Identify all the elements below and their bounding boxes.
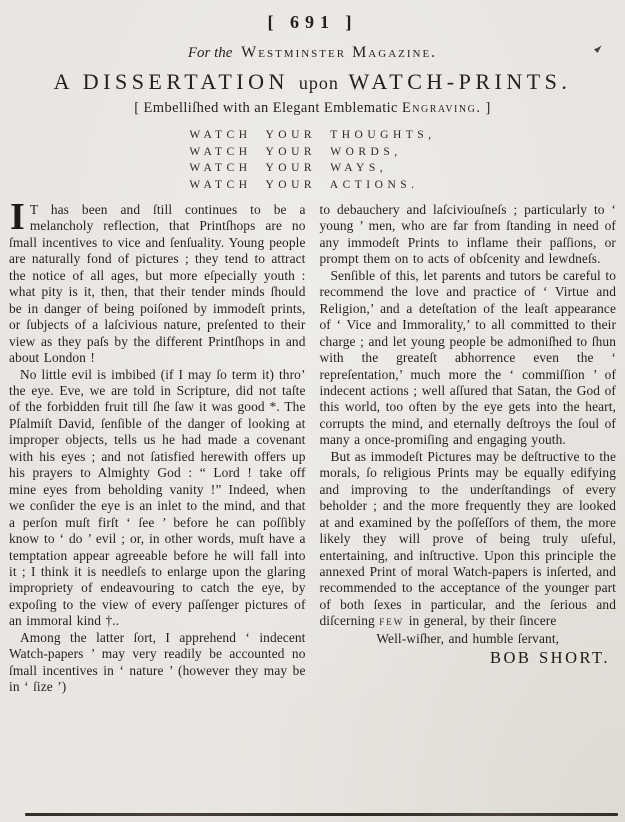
subtitle-engraving: Engraving. bbox=[402, 100, 482, 116]
closing-line: Well-wiſher, and humble ſervant, bbox=[320, 631, 617, 647]
paragraph-1: IT has been and ſtill continues to be a … bbox=[9, 202, 306, 367]
paragraph-6-text: But as immodeſt Pictures may be deſtruct… bbox=[320, 449, 617, 629]
article-title: A DISSERTATION upon WATCH-PRINTS. bbox=[0, 69, 625, 95]
paragraph-2: No little evil is imbibed (if I may ſo t… bbox=[9, 367, 306, 630]
paragraph-3: Among the latter ſort, I apprehend ‘ ind… bbox=[9, 630, 306, 696]
epigraph-line-1: WATCH YOUR THOUGHTS, bbox=[189, 127, 435, 144]
subtitle: [ Embelliſhed with an Elegant Emblematic… bbox=[0, 100, 625, 117]
title-part3: WATCH-PRINTS. bbox=[349, 69, 572, 94]
paragraph-6-end: in general, by their ſincere bbox=[409, 613, 557, 628]
paragraph-1-text: T has been and ſtill continues to be a m… bbox=[9, 202, 306, 365]
epigraph-line-2: WATCH YOUR WORDS, bbox=[189, 144, 435, 161]
masthead-title: Westminster Magazine. bbox=[241, 44, 437, 61]
title-part1: A DISSERTATION bbox=[54, 69, 289, 94]
few-smallcaps: few bbox=[379, 613, 404, 628]
epigraph-line-3: WATCH YOUR WAYS, bbox=[189, 160, 435, 177]
left-column: IT has been and ſtill continues to be a … bbox=[9, 202, 306, 696]
title-part2: upon bbox=[299, 73, 339, 93]
subtitle-post: ] bbox=[481, 100, 490, 116]
signature-name: BOB SHORT. bbox=[320, 650, 617, 666]
masthead: For the Westminster Magazine. bbox=[0, 44, 625, 62]
epigraph: WATCH YOUR THOUGHTS, WATCH YOUR WORDS, W… bbox=[189, 127, 435, 193]
masthead-prefix: For the bbox=[188, 45, 233, 61]
footnote-rule bbox=[25, 813, 618, 816]
page-number: [ 691 ] bbox=[0, 0, 625, 33]
right-column: to debauchery and laſciviouſneſs ; parti… bbox=[320, 202, 617, 696]
paragraph-5: Senſible of this, let parents and tutors… bbox=[320, 268, 617, 449]
article-body: IT has been and ſtill continues to be a … bbox=[0, 202, 625, 696]
drop-cap: I bbox=[9, 202, 30, 231]
magazine-page: [ 691 ] For the Westminster Magazine. A … bbox=[0, 0, 625, 822]
subtitle-pre: [ Embelliſhed with an Elegant Emblematic bbox=[134, 100, 402, 116]
epigraph-line-4: WATCH YOUR ACTIONS. bbox=[189, 177, 435, 194]
paragraph-4: to debauchery and laſciviouſneſs ; parti… bbox=[320, 202, 617, 268]
paragraph-6: But as immodeſt Pictures may be deſtruct… bbox=[320, 449, 617, 630]
